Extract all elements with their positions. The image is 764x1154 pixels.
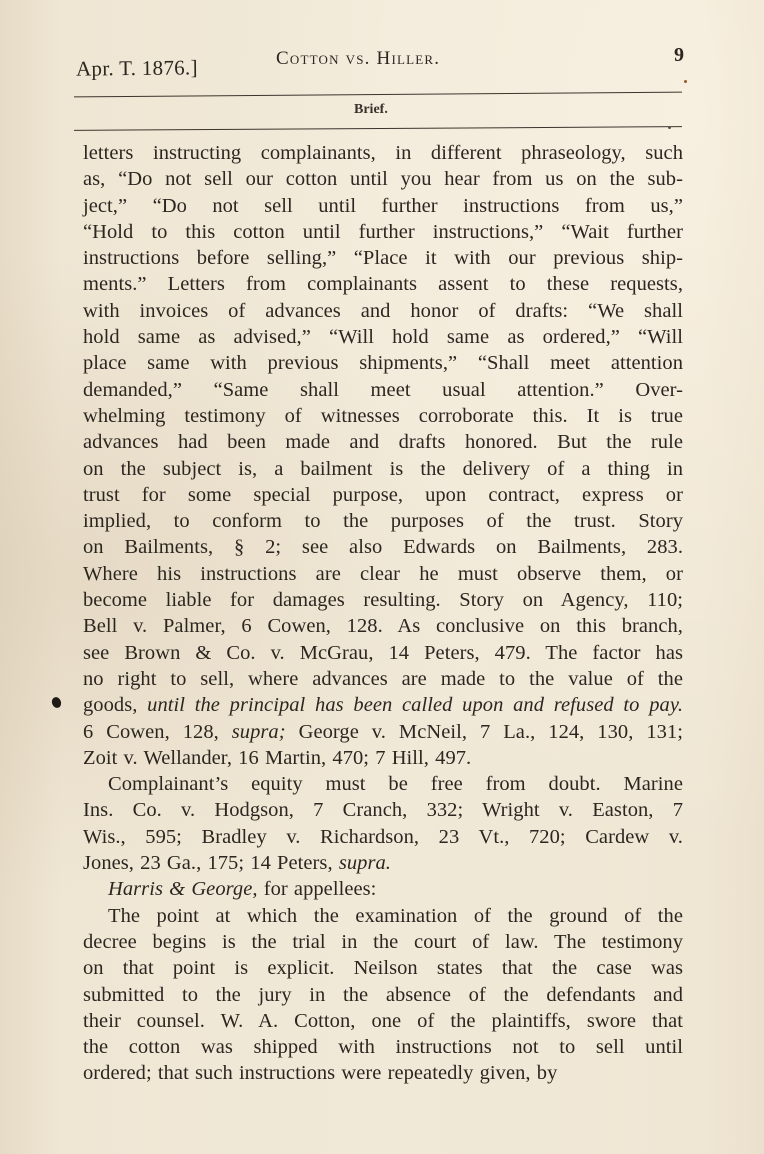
- line-text: Wis., 595; Bradley v. Richardson, 23 Vt.…: [83, 826, 683, 848]
- text-line: Bell v. Palmer, 6 Cowen, 128. As conclus…: [83, 613, 683, 639]
- line-text: Ins. Co. v. Hodgson, 7 Cranch, 332; Wrig…: [83, 799, 683, 821]
- margin-ink-blot: [50, 696, 62, 709]
- line-text: trust for some special purpose, upon con…: [83, 484, 683, 506]
- text-line: implied, to conform to the purposes of t…: [83, 508, 683, 534]
- text-line: on that point is explicit. Neilson state…: [83, 955, 683, 981]
- line-text: Complainant’s equity must be free from d…: [108, 773, 683, 795]
- italic-text: until the principal has been called upon…: [147, 694, 683, 716]
- line-text: submitted to the jury in the absence of …: [83, 984, 683, 1006]
- text-line: letters instructing complainants, in dif…: [83, 140, 683, 166]
- text-line: place same with previous shipments,” “Sh…: [83, 350, 683, 376]
- brief-body-text: letters instructing complainants, in dif…: [83, 140, 683, 1087]
- line-text: implied, to conform to the purposes of t…: [83, 510, 683, 532]
- line-text: their counsel. W. A. Cotton, one of the …: [83, 1010, 683, 1032]
- ink-speck: [684, 80, 687, 83]
- line-text: on the subject is, a bailment is the del…: [83, 458, 683, 480]
- line-text: ordered; that such instructions were rep…: [83, 1062, 557, 1084]
- term-citation: Apr. T. 1876.]: [76, 55, 198, 81]
- line-text: see Brown & Co. v. McGrau, 14 Peters, 47…: [83, 642, 683, 664]
- line-text: the cotton was shipped with instructions…: [83, 1036, 683, 1058]
- text-line: ments.” Letters from complainants assent…: [83, 271, 683, 297]
- text-line: Harris & George, for appellees:: [83, 876, 683, 902]
- text-line: Zoit v. Wellander, 16 Martin, 470; 7 Hil…: [83, 745, 683, 771]
- line-text: The point at which the examination of th…: [108, 905, 683, 927]
- line-text: on that point is explicit. Neilson state…: [83, 957, 683, 979]
- text-line: whelming testimony of witnesses corrobor…: [83, 403, 683, 429]
- text-line: see Brown & Co. v. McGrau, 14 Peters, 47…: [83, 640, 683, 666]
- text-line: “Hold to this cotton until further instr…: [83, 219, 683, 245]
- line-text: instructions before selling,” “Place it …: [83, 247, 683, 269]
- header-rule-top: [74, 92, 682, 98]
- line-text: advances had been made and drafts honore…: [83, 431, 683, 453]
- text-line: no right to sell, where advances are mad…: [83, 666, 683, 692]
- text-line: Where his instructions are clear he must…: [83, 561, 683, 587]
- line-text: decree begins is the trial in the court …: [83, 931, 683, 953]
- italic-text: supra;: [232, 721, 286, 743]
- italic-text: supra.: [339, 852, 391, 874]
- text-line: demanded,” “Same shall meet usual attent…: [83, 377, 683, 403]
- text-line: Wis., 595; Bradley v. Richardson, 23 Vt.…: [83, 824, 683, 850]
- line-text: as, “Do not sell our cotton until you he…: [83, 168, 683, 190]
- case-title: Cotton vs. Hiller.: [276, 48, 440, 70]
- text-line: Complainant’s equity must be free from d…: [83, 771, 683, 797]
- text-line: hold same as advised,” “Will hold same a…: [83, 324, 683, 350]
- text-line: as, “Do not sell our cotton until you he…: [83, 166, 683, 192]
- line-text: ments.” Letters from complainants assent…: [83, 273, 683, 295]
- line-text: with invoices of advances and honor of d…: [83, 300, 683, 322]
- text-line: decree begins is the trial in the court …: [83, 929, 683, 955]
- italic-text: Harris & George,: [108, 878, 258, 900]
- running-head: Apr. T. 1876.] Cotton vs. Hiller. 9: [76, 44, 684, 78]
- ink-speck: [668, 126, 671, 129]
- text-line: with invoices of advances and honor of d…: [83, 298, 683, 324]
- text-line: The point at which the examination of th…: [83, 903, 683, 929]
- line-text: whelming testimony of witnesses corrobor…: [83, 405, 683, 427]
- line-text: Bell v. Palmer, 6 Cowen, 128. As conclus…: [83, 615, 683, 637]
- text-line: instructions before selling,” “Place it …: [83, 245, 683, 271]
- line-text: Jones, 23 Ga., 175; 14 Peters,: [83, 852, 339, 874]
- line-text: for appellees:: [258, 878, 377, 900]
- text-line: ordered; that such instructions were rep…: [83, 1060, 683, 1086]
- line-text: goods,: [83, 694, 147, 716]
- text-line: the cotton was shipped with instructions…: [83, 1034, 683, 1060]
- line-text: ject,” “Do not sell until further instru…: [83, 195, 683, 217]
- line-text: hold same as advised,” “Will hold same a…: [83, 326, 683, 348]
- text-line: trust for some special purpose, upon con…: [83, 482, 683, 508]
- line-text: place same with previous shipments,” “Sh…: [83, 352, 683, 374]
- text-line: become liable for damages resulting. Sto…: [83, 587, 683, 613]
- section-subhead: Brief.: [354, 102, 388, 118]
- text-line: goods, until the principal has been call…: [83, 692, 683, 718]
- text-line: submitted to the jury in the absence of …: [83, 982, 683, 1008]
- line-text: no right to sell, where advances are mad…: [83, 668, 683, 690]
- text-line: 6 Cowen, 128, supra; George v. McNeil, 7…: [83, 719, 683, 745]
- text-line: Jones, 23 Ga., 175; 14 Peters, supra.: [83, 850, 683, 876]
- line-text: demanded,” “Same shall meet usual attent…: [83, 379, 683, 401]
- text-line: advances had been made and drafts honore…: [83, 429, 683, 455]
- text-line: on the subject is, a bailment is the del…: [83, 456, 683, 482]
- text-line: ject,” “Do not sell until further instru…: [83, 193, 683, 219]
- line-text: become liable for damages resulting. Sto…: [83, 589, 683, 611]
- text-line: on Bailments, § 2; see also Edwards on B…: [83, 534, 683, 560]
- header-rule-bottom: [74, 126, 682, 131]
- line-text: on Bailments, § 2; see also Edwards on B…: [83, 536, 683, 558]
- text-line: their counsel. W. A. Cotton, one of the …: [83, 1008, 683, 1034]
- line-text: George v. McNeil, 7 La., 124, 130, 131;: [286, 721, 683, 743]
- text-line: Ins. Co. v. Hodgson, 7 Cranch, 332; Wrig…: [83, 797, 683, 823]
- line-text: “Hold to this cotton until further instr…: [83, 221, 683, 243]
- line-text: Where his instructions are clear he must…: [83, 563, 683, 585]
- page-number: 9: [674, 44, 684, 67]
- line-text: 6 Cowen, 128,: [83, 721, 232, 743]
- line-text: Zoit v. Wellander, 16 Martin, 470; 7 Hil…: [83, 747, 471, 769]
- book-page: Apr. T. 1876.] Cotton vs. Hiller. 9 Brie…: [0, 0, 764, 1154]
- line-text: letters instructing complainants, in dif…: [83, 142, 683, 164]
